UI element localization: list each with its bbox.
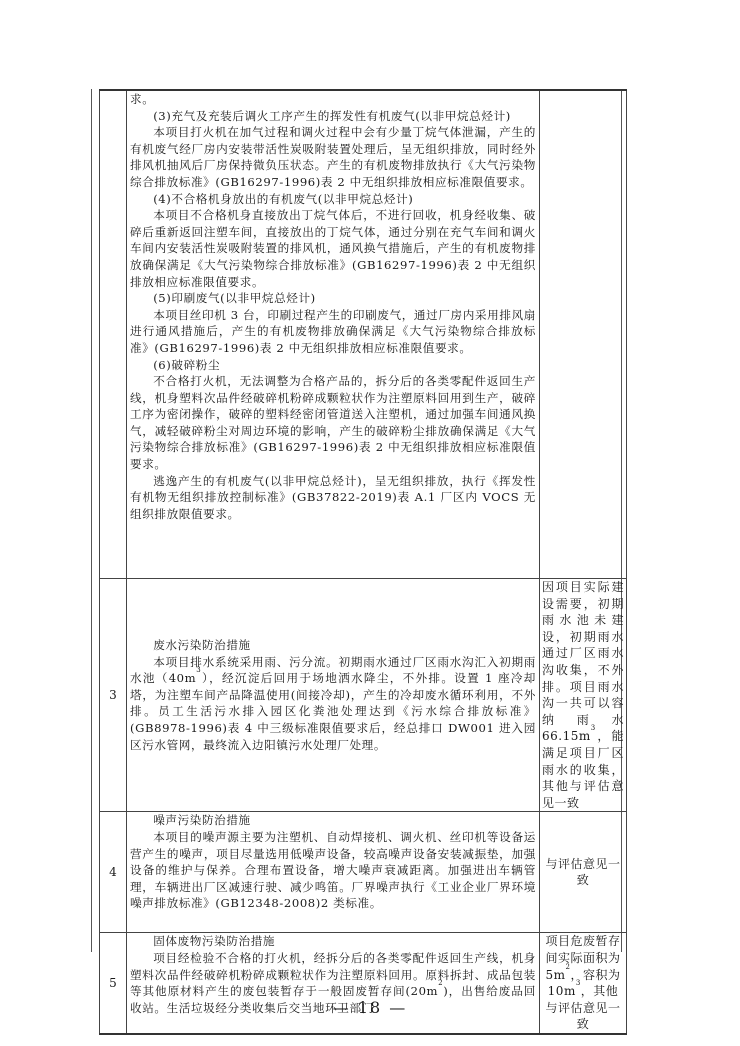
document-page: 求。 (3)充气及充装后调火工序产生的挥发性有机废气(以非甲烷总烃计) 本项目打… [0, 0, 740, 1046]
note-text: 5m [546, 968, 566, 982]
table-outer-left-border [91, 89, 92, 952]
content-cell: 废水污染防治措施 本项目排水系统采用雨、污分流。初期雨水通过厂区雨水沟汇入初期雨… [127, 579, 540, 812]
note-cell [540, 90, 627, 579]
paragraph: 本项目不合格机身直接放出丁烷气体后，不进行回收，机身经收集、破碎后重新返回注塑车… [130, 207, 536, 290]
table-row-solid-waste: 5 固体废物污染防治措施 项目经检验不合格的打火机，经拆分后的各类零配件返回生产… [100, 933, 627, 1034]
paragraph: 本项目打火机在加气过程和调火过程中会有少量丁烷气体泄漏，产生的有机废气经厂房内安… [130, 124, 536, 190]
content-cell: 噪声污染防治措施 本项目的噪声源主要为注塑机、自动焊接机、调火机、丝印机等设备运… [127, 812, 540, 933]
row-number: 4 [109, 865, 117, 879]
row-number: 5 [109, 976, 117, 990]
paragraph: 本项目丝印机 3 台，印刷过程产生的印刷废气，通过厂房内采用排风扇进行通风措施后… [130, 307, 536, 357]
section-title-noise: 噪声污染防治措施 [130, 812, 536, 829]
content-cell: 求。 (3)充气及充装后调火工序产生的挥发性有机废气(以非甲烷总烃计) 本项目打… [127, 90, 540, 579]
note-text: 项目危废暂存间实际面积为 [542, 933, 624, 966]
paragraph: 求。 [130, 91, 536, 108]
section-title-solid-waste: 固体废物污染防治措施 [130, 933, 536, 950]
paragraph: 逃逸产生的有机废气(以非甲烷总烃计)，呈无组织排放，执行《挥发性有机物无组织排放… [130, 473, 536, 523]
section-title-wastewater: 废水污染防治措施 [130, 637, 536, 654]
table-row-noise: 4 噪声污染防治措施 本项目的噪声源主要为注塑机、自动焊接机、调火机、丝印机等设… [100, 812, 627, 933]
paragraph: 本项目的噪声源主要为注塑机、自动焊接机、调火机、丝印机等设备运营产生的噪声，项目… [130, 829, 536, 912]
page-number: — 18 — [0, 998, 740, 1017]
note-cell: 项目危废暂存间实际面积为 5m2，容积为 10m3，其他与评估意见一致 [540, 933, 627, 1034]
subheading-defective-body-gas: (4)不合格机身放出的有机废气(以非甲烷总烃计) [130, 191, 536, 208]
subheading-printing-gas: (5)印刷废气(以非甲烷总烃计) [130, 290, 536, 307]
note-text: 因项目实际建设需要，初期雨水池未建设，初期雨水通过厂区雨水沟收集，不外排。项目雨… [542, 580, 624, 743]
table-row-wastewater: 3 废水污染防治措施 本项目排水系统采用雨、污分流。初期雨水通过厂区雨水沟汇入初… [100, 579, 627, 812]
content-cell: 固体废物污染防治措施 项目经检验不合格的打火机，经拆分后的各类零配件返回生产线，… [127, 933, 540, 1034]
row-number-cell: 4 [100, 812, 127, 933]
row-number: 3 [109, 688, 117, 702]
row-number-cell: 5 [100, 933, 127, 1034]
note-cell: 与评估意见一致 [540, 812, 627, 933]
subheading-organic-gas-fill: (3)充气及充装后调火工序产生的挥发性有机废气(以非甲烷总烃计) [130, 108, 536, 125]
note-cell: 因项目实际建设需要，初期雨水池未建设，初期雨水通过厂区雨水沟收集，不外排。项目雨… [540, 579, 627, 812]
note-text: 与评估意见一致 [545, 857, 620, 888]
subheading-crushing-dust: (6)破碎粉尘 [130, 357, 536, 374]
paragraph: 不合格打火机，无法调整为合格产品的，拆分后的各类零配件返回生产线，机身塑料次品件… [130, 373, 536, 473]
row-number-cell: 3 [100, 579, 127, 812]
note-line: 5m2，容积为 [542, 967, 624, 984]
paragraph: 本项目排水系统采用雨、污分流。初期雨水通过厂区雨水沟汇入初期雨水池（40m3），… [130, 654, 536, 754]
note-text: 10m [548, 984, 576, 998]
row-number-cell [100, 90, 127, 579]
table-row-continuation: 求。 (3)充气及充装后调火工序产生的挥发性有机废气(以非甲烷总烃计) 本项目打… [100, 90, 627, 579]
measures-table: 求。 (3)充气及充装后调火工序产生的挥发性有机废气(以非甲烷总烃计) 本项目打… [99, 89, 627, 1035]
